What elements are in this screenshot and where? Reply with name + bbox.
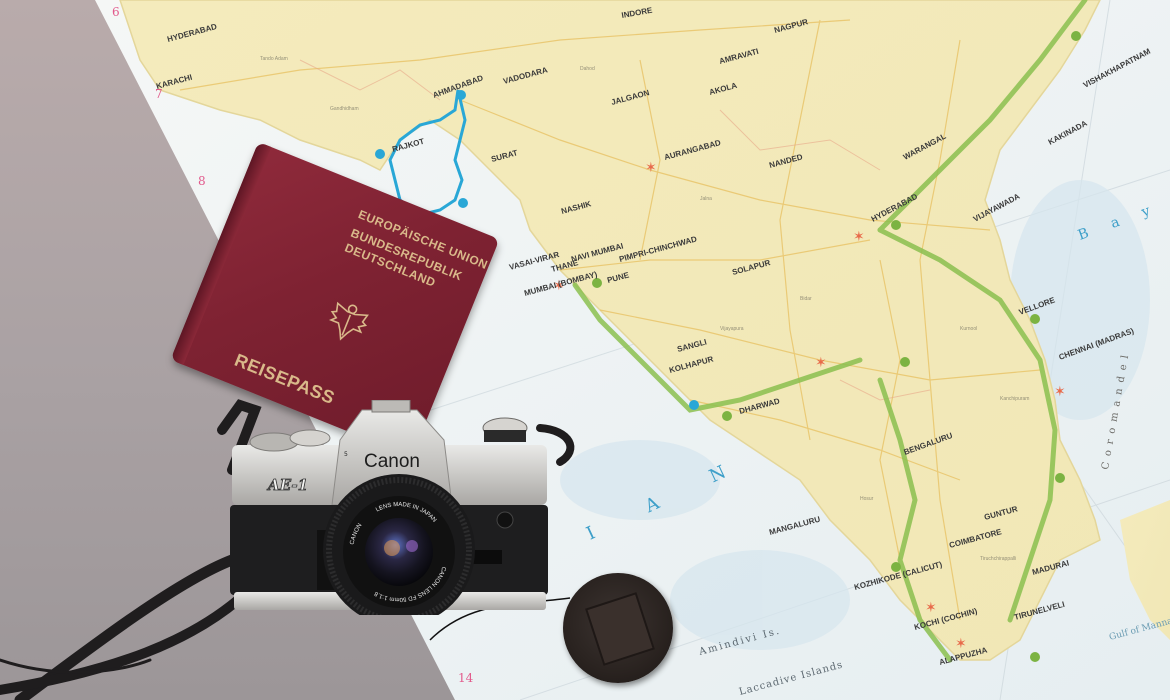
photo-scene: ✶ ✶ ✶ ✶ ✶ ✶ ✶ 6 7 8 9 14 HYDERABAD KARAC… [0,0,1170,700]
canon-ae1-camera: Canon 5 AE-1 CANON LENS MADE IN JAPAN C [222,400,552,615]
lens-cap-grip [585,592,655,666]
camera-model-label: AE-1 [266,476,308,494]
lens-cap [563,573,673,683]
svg-text:5: 5 [344,451,348,458]
camera-brand-logo: Canon [364,451,420,472]
